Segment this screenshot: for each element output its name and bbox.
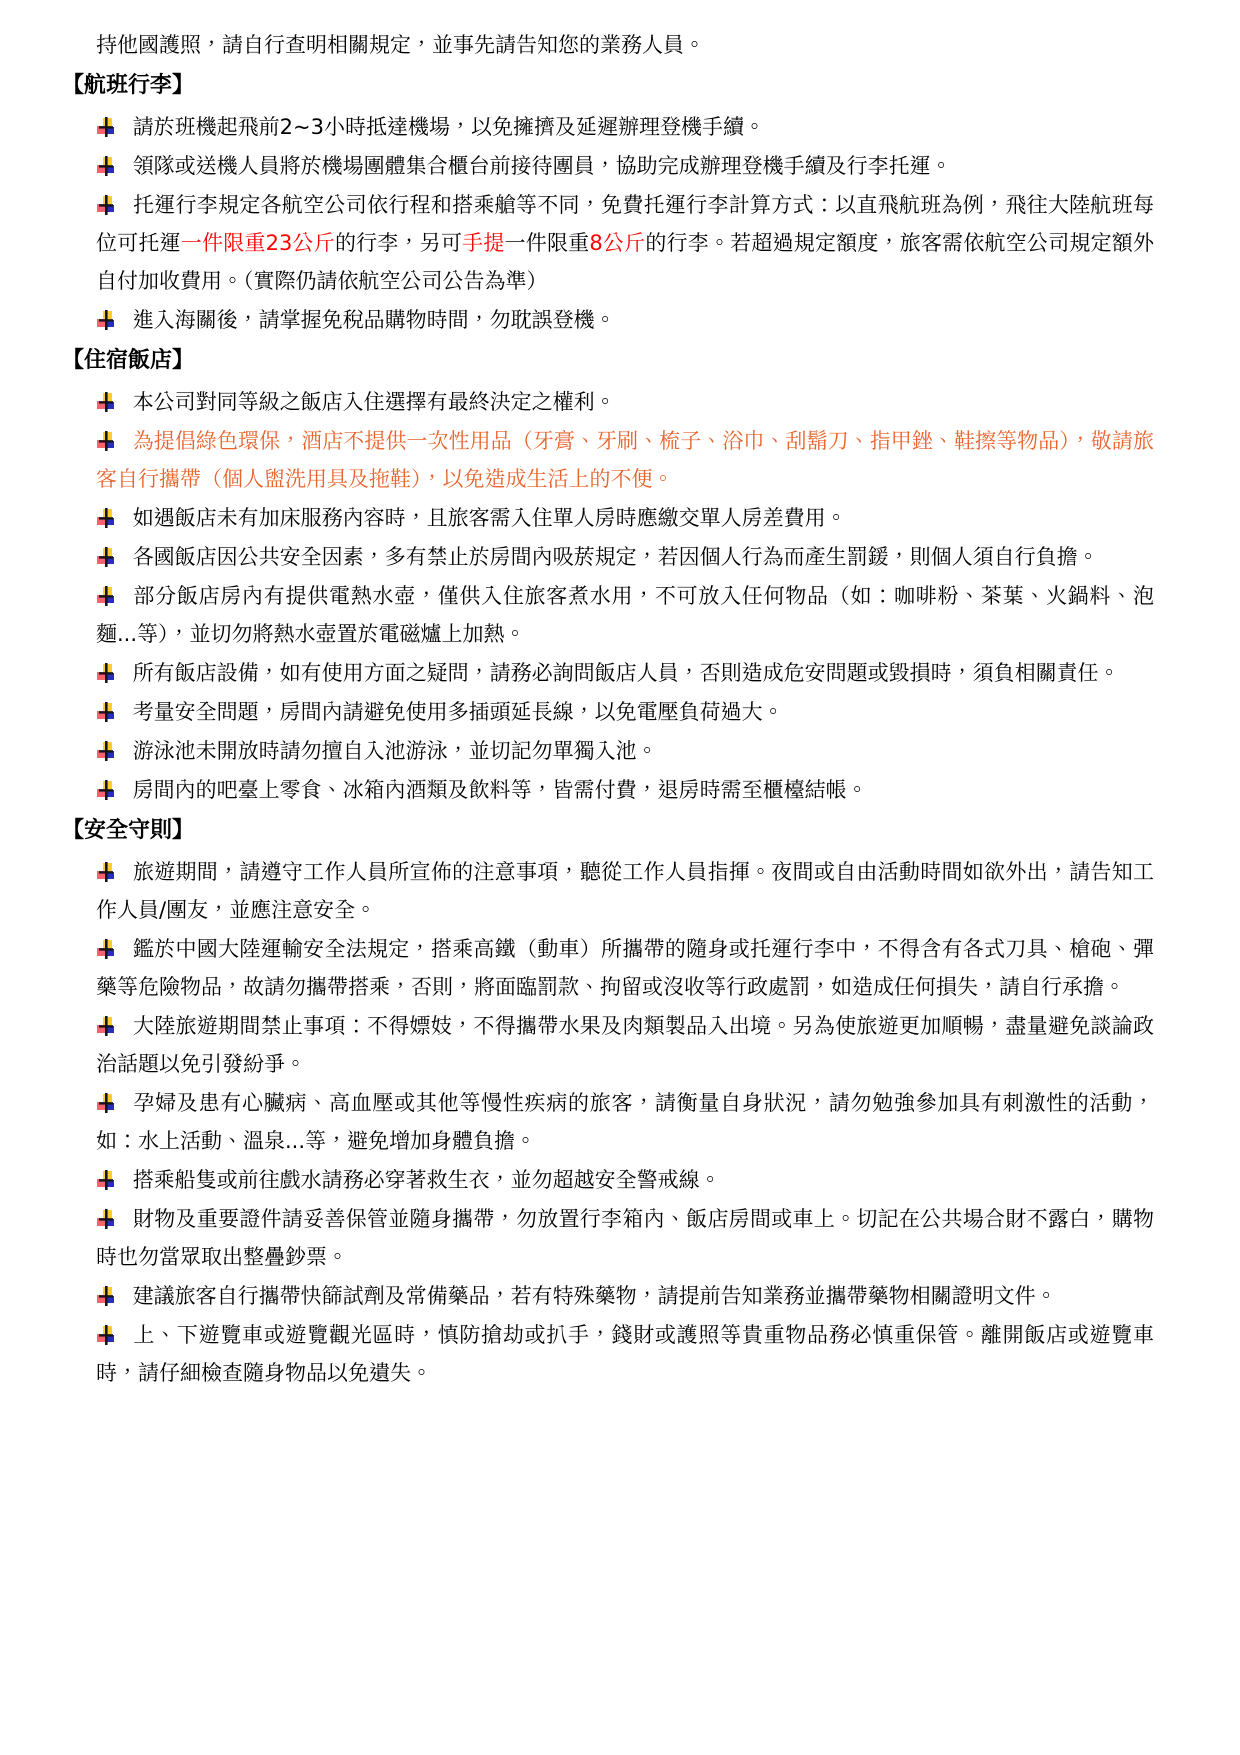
list-item: 如遇飯店未有加床服務內容時，且旅客需入住單人房時應繳交單人房差費用。 bbox=[96, 499, 1154, 537]
item-text: 8公斤 bbox=[589, 231, 645, 255]
item-text: 鑑於中國大陸運輸安全法規定，搭乘高鐵（動車）所攜帶的隨身或托運行李中，不得含有各… bbox=[96, 937, 1154, 999]
item-text: 領隊或送機人員將於機場團體集合櫃台前接待團員，協助完成辦理登機手續及行李托運。 bbox=[133, 154, 952, 178]
item-text: 所有飯店設備，如有使用方面之疑問，請務必詢問飯店人員，否則造成危安問題或毀損時，… bbox=[133, 661, 1120, 685]
flag-marker-icon bbox=[96, 862, 116, 882]
item-text: 財物及重要證件請妥善保管並隨身攜帶，勿放置行李箱內、飯店房間或車上。切記在公共場… bbox=[96, 1207, 1154, 1269]
item-text: 房間內的吧臺上零食、冰箱內酒類及飲料等，皆需付費，退房時需至櫃檯結帳。 bbox=[133, 778, 868, 802]
flag-marker-icon bbox=[96, 702, 116, 722]
item-text: 手提 bbox=[462, 231, 504, 255]
flag-marker-icon bbox=[96, 117, 116, 137]
item-text: 搭乘船隻或前往戲水請務必穿著救生衣，並勿超越安全警戒線。 bbox=[133, 1168, 721, 1192]
flag-marker-icon bbox=[96, 586, 116, 606]
flag-marker-icon bbox=[96, 156, 116, 176]
list-item: 本公司對同等級之飯店入住選擇有最終決定之權利。 bbox=[96, 383, 1154, 421]
flag-marker-icon bbox=[96, 392, 116, 412]
section-heading: 【航班行李】 bbox=[62, 66, 1154, 106]
list-item: 部分飯店房內有提供電熱水壺，僅供入住旅客煮水用，不可放入任何物品（如：咖啡粉、茶… bbox=[96, 577, 1154, 653]
flag-marker-icon bbox=[96, 1170, 116, 1190]
flag-marker-icon bbox=[96, 939, 116, 959]
flag-marker-icon bbox=[96, 1325, 116, 1345]
list-item: 鑑於中國大陸運輸安全法規定，搭乘高鐵（動車）所攜帶的隨身或托運行李中，不得含有各… bbox=[96, 930, 1154, 1006]
item-text: 各國飯店因公共安全因素，多有禁止於房間內吸菸規定，若因個人行為而產生罰鍰，則個人… bbox=[133, 545, 1099, 569]
item-text: 孕婦及患有心臟病、高血壓或其他等慢性疾病的旅客，請衡量自身狀況，請勿勉強參加具有… bbox=[96, 1091, 1154, 1153]
list-item: 考量安全問題，房間內請避免使用多插頭延長線，以免電壓負荷過大。 bbox=[96, 693, 1154, 731]
sections-container: 【航班行李】 請於班機起飛前2~3小時抵達機場，以免擁擠及延遲辦理登機手續。 領… bbox=[96, 66, 1154, 1392]
item-text: 一件限重 bbox=[505, 231, 590, 255]
item-text: 旅遊期間，請遵守工作人員所宣佈的注意事項，聽從工作人員指揮。夜間或自由活動時間如… bbox=[96, 860, 1154, 922]
item-text: 請於班機起飛前2~3小時抵達機場，以免擁擠及延遲辦理登機手續。 bbox=[133, 115, 765, 139]
list-item: 托運行李規定各航空公司依行程和搭乘艙等不同，免費托運行李計算方式：以直飛航班為例… bbox=[96, 186, 1154, 300]
list-item: 進入海關後，請掌握免稅品購物時間，勿耽誤登機。 bbox=[96, 301, 1154, 339]
list-item: 孕婦及患有心臟病、高血壓或其他等慢性疾病的旅客，請衡量自身狀況，請勿勉強參加具有… bbox=[96, 1084, 1154, 1160]
item-text: 如遇飯店未有加床服務內容時，且旅客需入住單人房時應繳交單人房差費用。 bbox=[133, 506, 847, 530]
section-heading: 【安全守則】 bbox=[62, 811, 1154, 851]
item-text: 一件限重23公斤 bbox=[181, 231, 335, 255]
list-item: 建議旅客自行攜帶快篩試劑及常備藥品，若有特殊藥物，請提前告知業務並攜帶藥物相關證… bbox=[96, 1277, 1154, 1315]
flag-marker-icon bbox=[96, 310, 116, 330]
item-text: 進入海關後，請掌握免稅品購物時間，勿耽誤登機。 bbox=[133, 308, 616, 332]
list-item: 大陸旅遊期間禁止事項：不得嫖妓，不得攜帶水果及肉類製品入出境。另為使旅遊更加順暢… bbox=[96, 1007, 1154, 1083]
flag-marker-icon bbox=[96, 663, 116, 683]
flag-marker-icon bbox=[96, 508, 116, 528]
item-text: 本公司對同等級之飯店入住選擇有最終決定之權利。 bbox=[133, 390, 616, 414]
list-item: 財物及重要證件請妥善保管並隨身攜帶，勿放置行李箱內、飯店房間或車上。切記在公共場… bbox=[96, 1200, 1154, 1276]
list-item: 房間內的吧臺上零食、冰箱內酒類及飲料等，皆需付費，退房時需至櫃檯結帳。 bbox=[96, 771, 1154, 809]
list-item: 游泳池未開放時請勿擅自入池游泳，並切記勿單獨入池。 bbox=[96, 732, 1154, 770]
item-text: 考量安全問題，房間內請避免使用多插頭延長線，以免電壓負荷過大。 bbox=[133, 700, 784, 724]
document: 持他國護照，請自行查明相關規定，並事先請告知您的業務人員。 【航班行李】 請於班… bbox=[0, 0, 1240, 1433]
flag-marker-icon bbox=[96, 431, 116, 451]
item-text: 大陸旅遊期間禁止事項：不得嫖妓，不得攜帶水果及肉類製品入出境。另為使旅遊更加順暢… bbox=[96, 1014, 1154, 1076]
lead-paragraph: 持他國護照，請自行查明相關規定，並事先請告知您的業務人員。 bbox=[96, 26, 1154, 64]
list-item: 請於班機起飛前2~3小時抵達機場，以免擁擠及延遲辦理登機手續。 bbox=[96, 108, 1154, 146]
flag-marker-icon bbox=[96, 741, 116, 761]
list-item: 旅遊期間，請遵守工作人員所宣佈的注意事項，聽從工作人員指揮。夜間或自由活動時間如… bbox=[96, 853, 1154, 929]
flag-marker-icon bbox=[96, 1286, 116, 1306]
flag-marker-icon bbox=[96, 1209, 116, 1229]
flag-marker-icon bbox=[96, 195, 116, 215]
item-text: 的行李，另可 bbox=[335, 231, 462, 255]
item-text: 為提倡綠色環保，酒店不提供一次性用品（牙膏、牙刷、梳子、浴巾、刮鬍刀、指甲銼、鞋… bbox=[96, 429, 1154, 491]
flag-marker-icon bbox=[96, 1093, 116, 1113]
flag-marker-icon bbox=[96, 1016, 116, 1036]
list-item: 為提倡綠色環保，酒店不提供一次性用品（牙膏、牙刷、梳子、浴巾、刮鬍刀、指甲銼、鞋… bbox=[96, 422, 1154, 498]
list-item: 搭乘船隻或前往戲水請務必穿著救生衣，並勿超越安全警戒線。 bbox=[96, 1161, 1154, 1199]
item-text: 游泳池未開放時請勿擅自入池游泳，並切記勿單獨入池。 bbox=[133, 739, 658, 763]
flag-marker-icon bbox=[96, 780, 116, 800]
item-text: 上、下遊覽車或遊覽觀光區時，慎防搶劫或扒手，錢財或護照等貴重物品務必慎重保管。離… bbox=[96, 1323, 1154, 1385]
list-item: 各國飯店因公共安全因素，多有禁止於房間內吸菸規定，若因個人行為而產生罰鍰，則個人… bbox=[96, 538, 1154, 576]
flag-marker-icon bbox=[96, 547, 116, 567]
list-item: 上、下遊覽車或遊覽觀光區時，慎防搶劫或扒手，錢財或護照等貴重物品務必慎重保管。離… bbox=[96, 1316, 1154, 1392]
list-item: 所有飯店設備，如有使用方面之疑問，請務必詢問飯店人員，否則造成危安問題或毀損時，… bbox=[96, 654, 1154, 692]
list-item: 領隊或送機人員將於機場團體集合櫃台前接待團員，協助完成辦理登機手續及行李托運。 bbox=[96, 147, 1154, 185]
item-text: 部分飯店房內有提供電熱水壺，僅供入住旅客煮水用，不可放入任何物品（如：咖啡粉、茶… bbox=[96, 584, 1154, 646]
item-text: 建議旅客自行攜帶快篩試劑及常備藥品，若有特殊藥物，請提前告知業務並攜帶藥物相關證… bbox=[133, 1284, 1057, 1308]
section-heading: 【住宿飯店】 bbox=[62, 341, 1154, 381]
